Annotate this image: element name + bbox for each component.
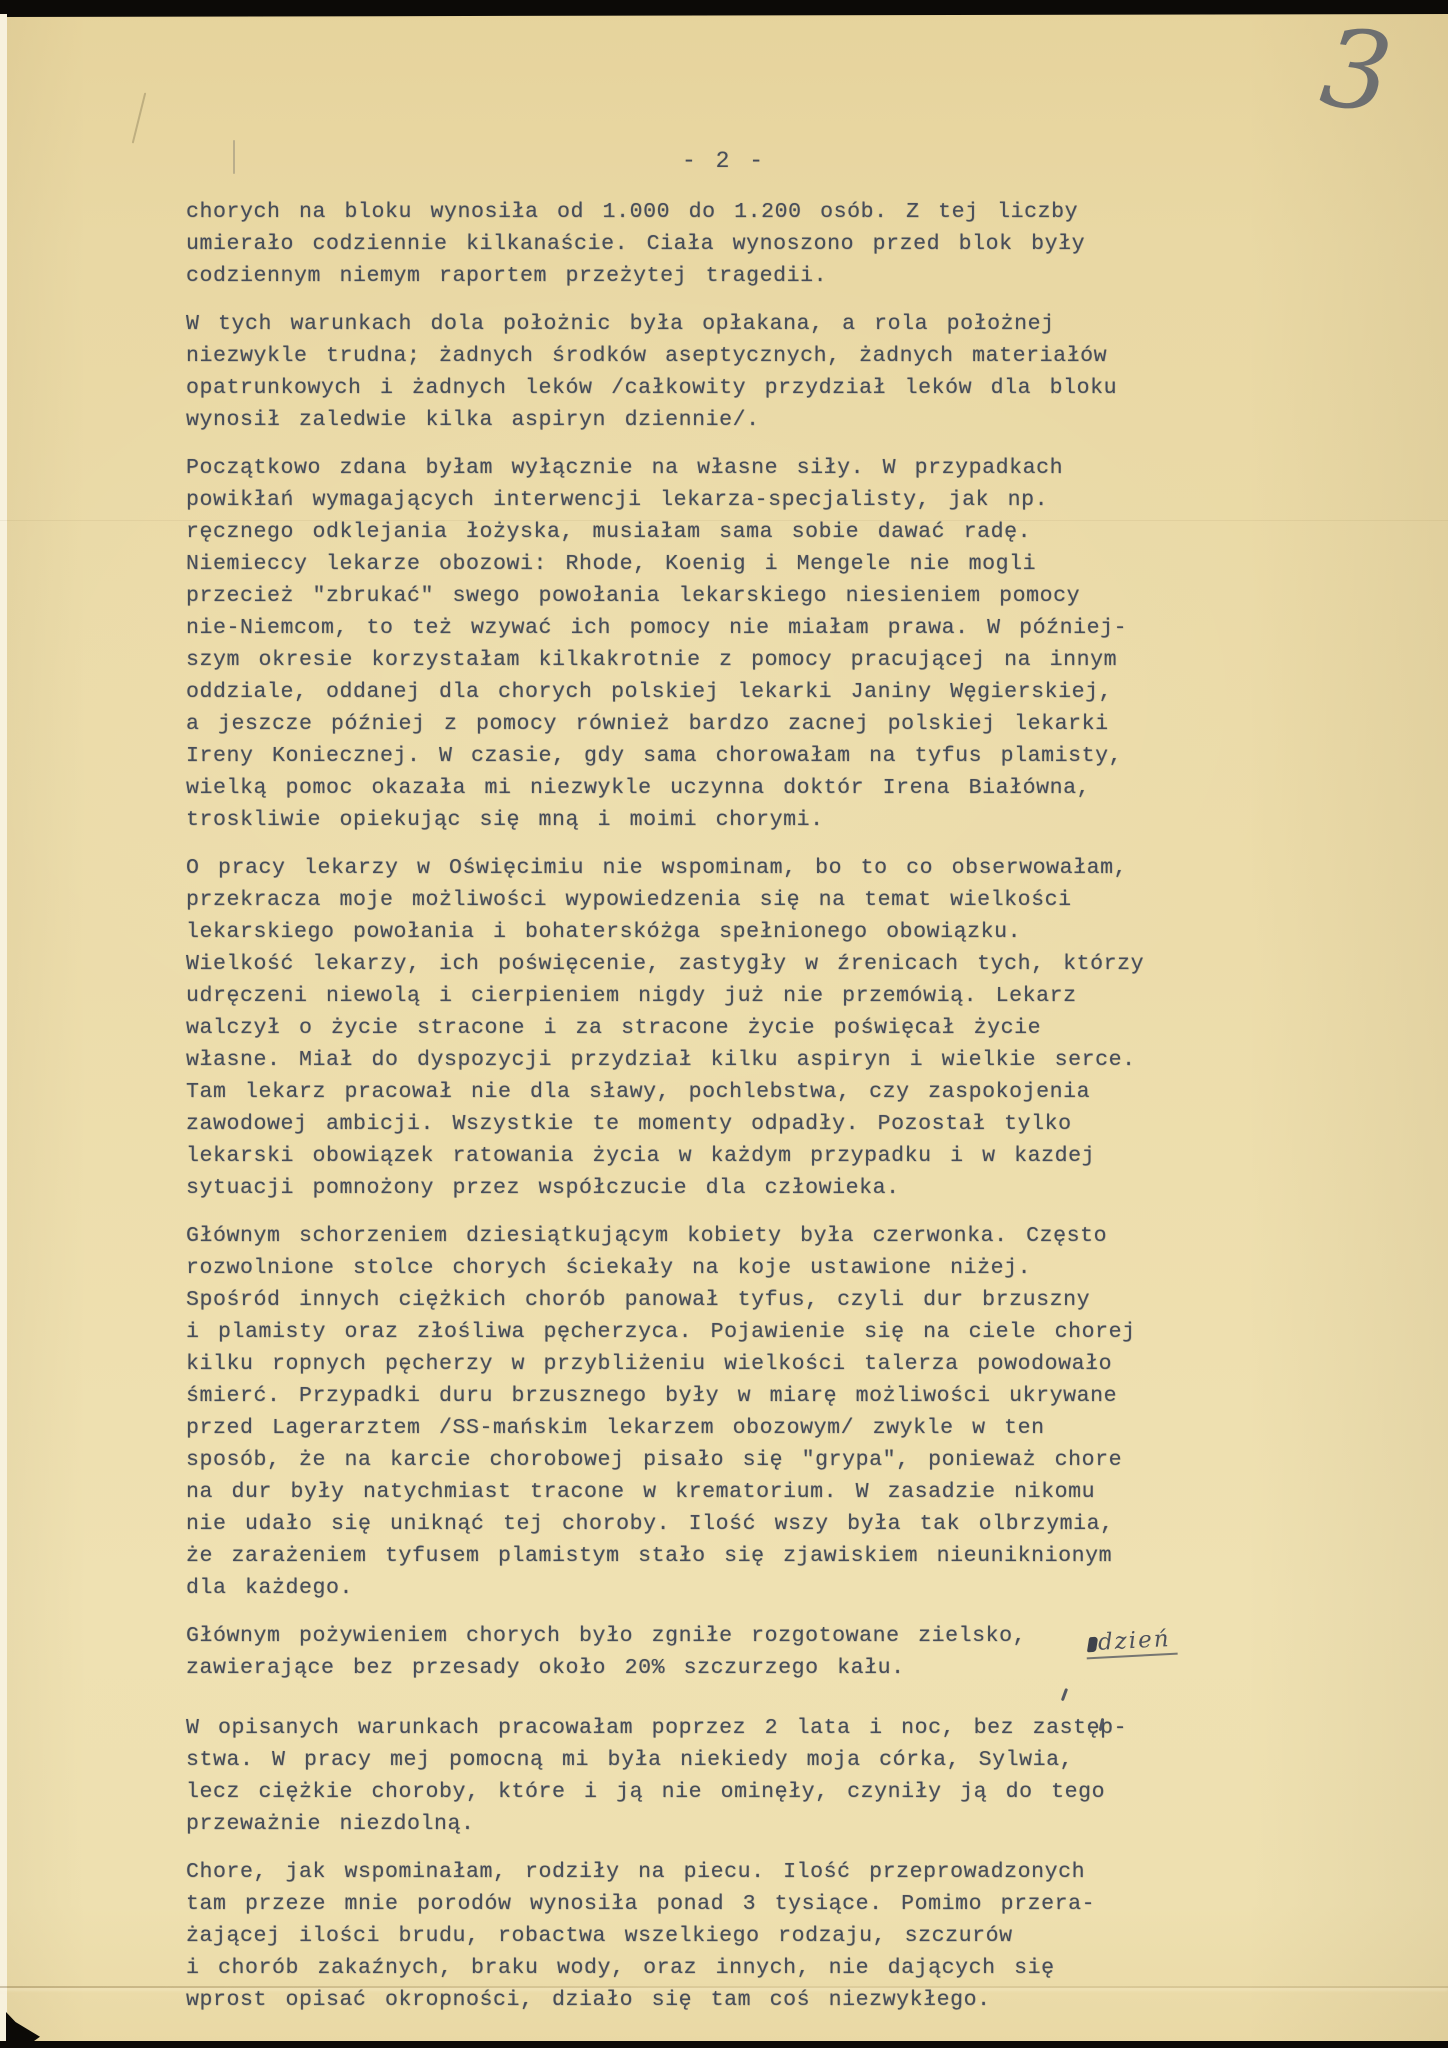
handwritten-insertion-word: dzień <box>1085 1626 1177 1660</box>
scan-corner-mark <box>6 2004 40 2044</box>
handwritten-page-number: 3 <box>1316 14 1397 130</box>
paragraph-births: Chore, jak wspominałam, rodziły na piecu… <box>186 1856 1416 2016</box>
paper-scratch <box>132 93 147 144</box>
scanned-document-page: 3 - 2 - chorych na bloku wynosiła od 1.0… <box>0 0 1448 2048</box>
typed-text-block: chorych na bloku wynosiła od 1.000 do 1.… <box>186 196 1416 2032</box>
paragraph-food: Głównym pożywieniem chorych było zgniłe … <box>186 1620 1416 1684</box>
ink-blot <box>1087 1637 1098 1653</box>
paragraph-two-years: W opisanych warunkach pracowałam poprzez… <box>186 1712 1416 1840</box>
scan-edge-bottom <box>0 2041 1448 2048</box>
paragraph-own-strength: Początkowo zdana byłam wyłącznie na włas… <box>186 452 1416 836</box>
scan-edge-top <box>0 0 1448 17</box>
typed-page-number-header: - 2 - <box>0 148 1448 174</box>
paragraph-doctors: O pracy lekarzy w Oświęcimiu nie wspomin… <box>186 852 1416 1204</box>
paragraph-block-deaths: chorych na bloku wynosiła od 1.000 do 1.… <box>186 196 1416 292</box>
handwritten-insertion-text: dzień <box>1097 1626 1171 1656</box>
paragraph-diseases: Głównym schorzeniem dziesiątkującym kobi… <box>186 1220 1416 1604</box>
scan-edge-left <box>0 14 7 2044</box>
paragraph-conditions: W tych warunkach dola położnic była opła… <box>186 308 1416 436</box>
